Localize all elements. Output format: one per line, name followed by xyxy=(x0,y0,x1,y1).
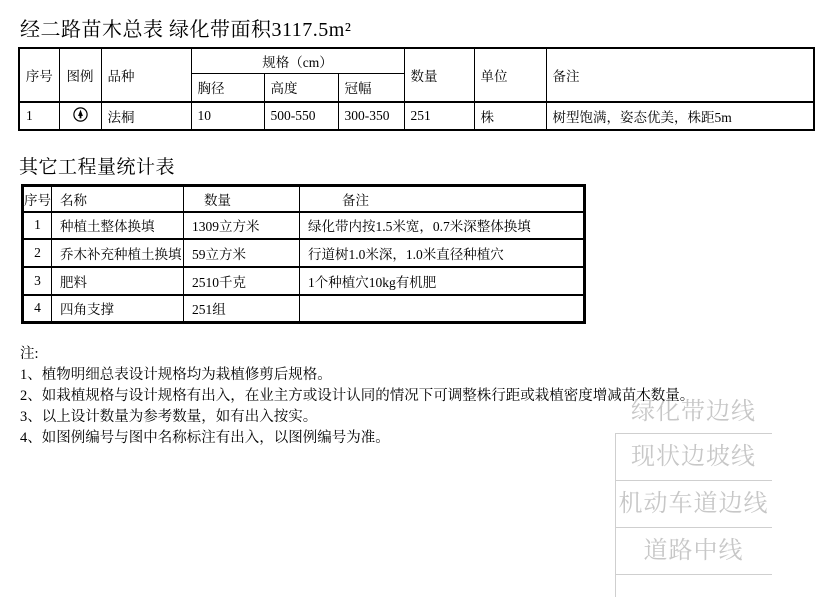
cad-legend-vertical-line xyxy=(615,433,616,597)
deciduous-tree-icon xyxy=(73,107,88,126)
col-header-remarks: 备注 xyxy=(546,48,814,102)
cell-symbol xyxy=(59,102,101,130)
note-line-2: 2、如栽植规格与设计规格有出入，在业主方或设计认同的情况下可调整株行距或栽植密度… xyxy=(20,386,694,407)
cell-quantity: 251组 xyxy=(184,295,300,323)
col-header-serial: 序号 xyxy=(19,48,59,102)
table-row: 2 乔木补充种植土换填 59立方米 行道树1.0米深，1.0米直径种植穴 xyxy=(23,239,585,267)
cell-species: 法桐 xyxy=(101,102,191,130)
col-header-unit: 单位 xyxy=(474,48,546,102)
cell-name: 肥料 xyxy=(52,267,184,295)
note-line-3: 3、以上设计数量为参考数量，如有出入按实。 xyxy=(20,407,694,428)
note-line-1: 1、植物明细总表设计规格均为栽植修剪后规格。 xyxy=(20,365,694,386)
cell-quantity: 1309立方米 xyxy=(184,212,300,239)
col-header-remarks: 备注 xyxy=(300,186,585,212)
cell-remarks: 1个种植穴10kg有机肥 xyxy=(300,267,585,295)
notes-label: 注: xyxy=(20,344,694,365)
cell-serial: 2 xyxy=(23,239,52,267)
notes-block: 注: 1、植物明细总表设计规格均为栽植修剪后规格。 2、如栽植规格与设计规格有出… xyxy=(20,344,694,449)
col-header-quantity: 数量 xyxy=(184,186,300,212)
table-row: 1 种植土整体换填 1309立方米 绿化带内按1.5米宽，0.7米深整体换填 xyxy=(23,212,585,239)
cad-legend-label-road-centerline: 道路中线 xyxy=(615,527,772,575)
cell-crown: 300-350 xyxy=(338,102,404,130)
cell-remarks: 行道树1.0米深，1.0米直径种植穴 xyxy=(300,239,585,267)
col-header-crown: 冠幅 xyxy=(338,73,404,102)
cell-quantity: 59立方米 xyxy=(184,239,300,267)
cell-serial: 1 xyxy=(23,212,52,239)
cad-legend-label-motorway-edge: 机动车道边线 xyxy=(615,480,772,527)
cell-name: 乔木补充种植土换填 xyxy=(52,239,184,267)
col-header-quantity: 数量 xyxy=(404,48,474,102)
page-title: 经二路苗木总表 绿化带面积3117.5m² xyxy=(20,13,351,42)
cell-remarks: 绿化带内按1.5米宽，0.7米深整体换填 xyxy=(300,212,585,239)
cell-serial: 3 xyxy=(23,267,52,295)
plant-schedule-table: 序号 图例 品种 规格（cm） 数量 单位 备注 胸径 高度 冠幅 1 xyxy=(18,47,815,131)
cell-serial: 4 xyxy=(23,295,52,323)
col-header-serial: 序号 xyxy=(23,186,52,212)
drawing-sheet: 绿化带边线 现状边坡线 机动车道边线 道路中线 经二路苗木总表 绿化带面积311… xyxy=(0,0,824,597)
col-header-spec-group: 规格（cm） xyxy=(191,48,404,73)
cell-name: 种植土整体换填 xyxy=(52,212,184,239)
table-row: 3 肥料 2510千克 1个种植穴10kg有机肥 xyxy=(23,267,585,295)
cell-remarks xyxy=(300,295,585,323)
note-line-4: 4、如图例编号与图中名称标注有出入，以图例编号为准。 xyxy=(20,428,694,449)
plant-table-row: 1 法桐 10 500-550 300-350 251 株 树型饱满，姿态优美，… xyxy=(19,102,814,130)
col-header-height: 高度 xyxy=(264,73,338,102)
cell-quantity: 2510千克 xyxy=(184,267,300,295)
cell-dbh: 10 xyxy=(191,102,264,130)
col-header-dbh: 胸径 xyxy=(191,73,264,102)
other-works-table: 序号 名称 数量 备注 1 种植土整体换填 1309立方米 绿化带内按1.5米宽… xyxy=(21,184,586,324)
cell-remarks: 树型饱满，姿态优美，株距5m xyxy=(546,102,814,130)
col-header-species: 品种 xyxy=(101,48,191,102)
section-title-other-works: 其它工程量统计表 xyxy=(19,152,175,179)
cell-height: 500-550 xyxy=(264,102,338,130)
col-header-symbol: 图例 xyxy=(59,48,101,102)
cell-unit: 株 xyxy=(474,102,546,130)
cell-name: 四角支撑 xyxy=(52,295,184,323)
col-header-name: 名称 xyxy=(52,186,184,212)
table-row: 4 四角支撑 251组 xyxy=(23,295,585,323)
cell-serial: 1 xyxy=(19,102,59,130)
cell-quantity: 251 xyxy=(404,102,474,130)
